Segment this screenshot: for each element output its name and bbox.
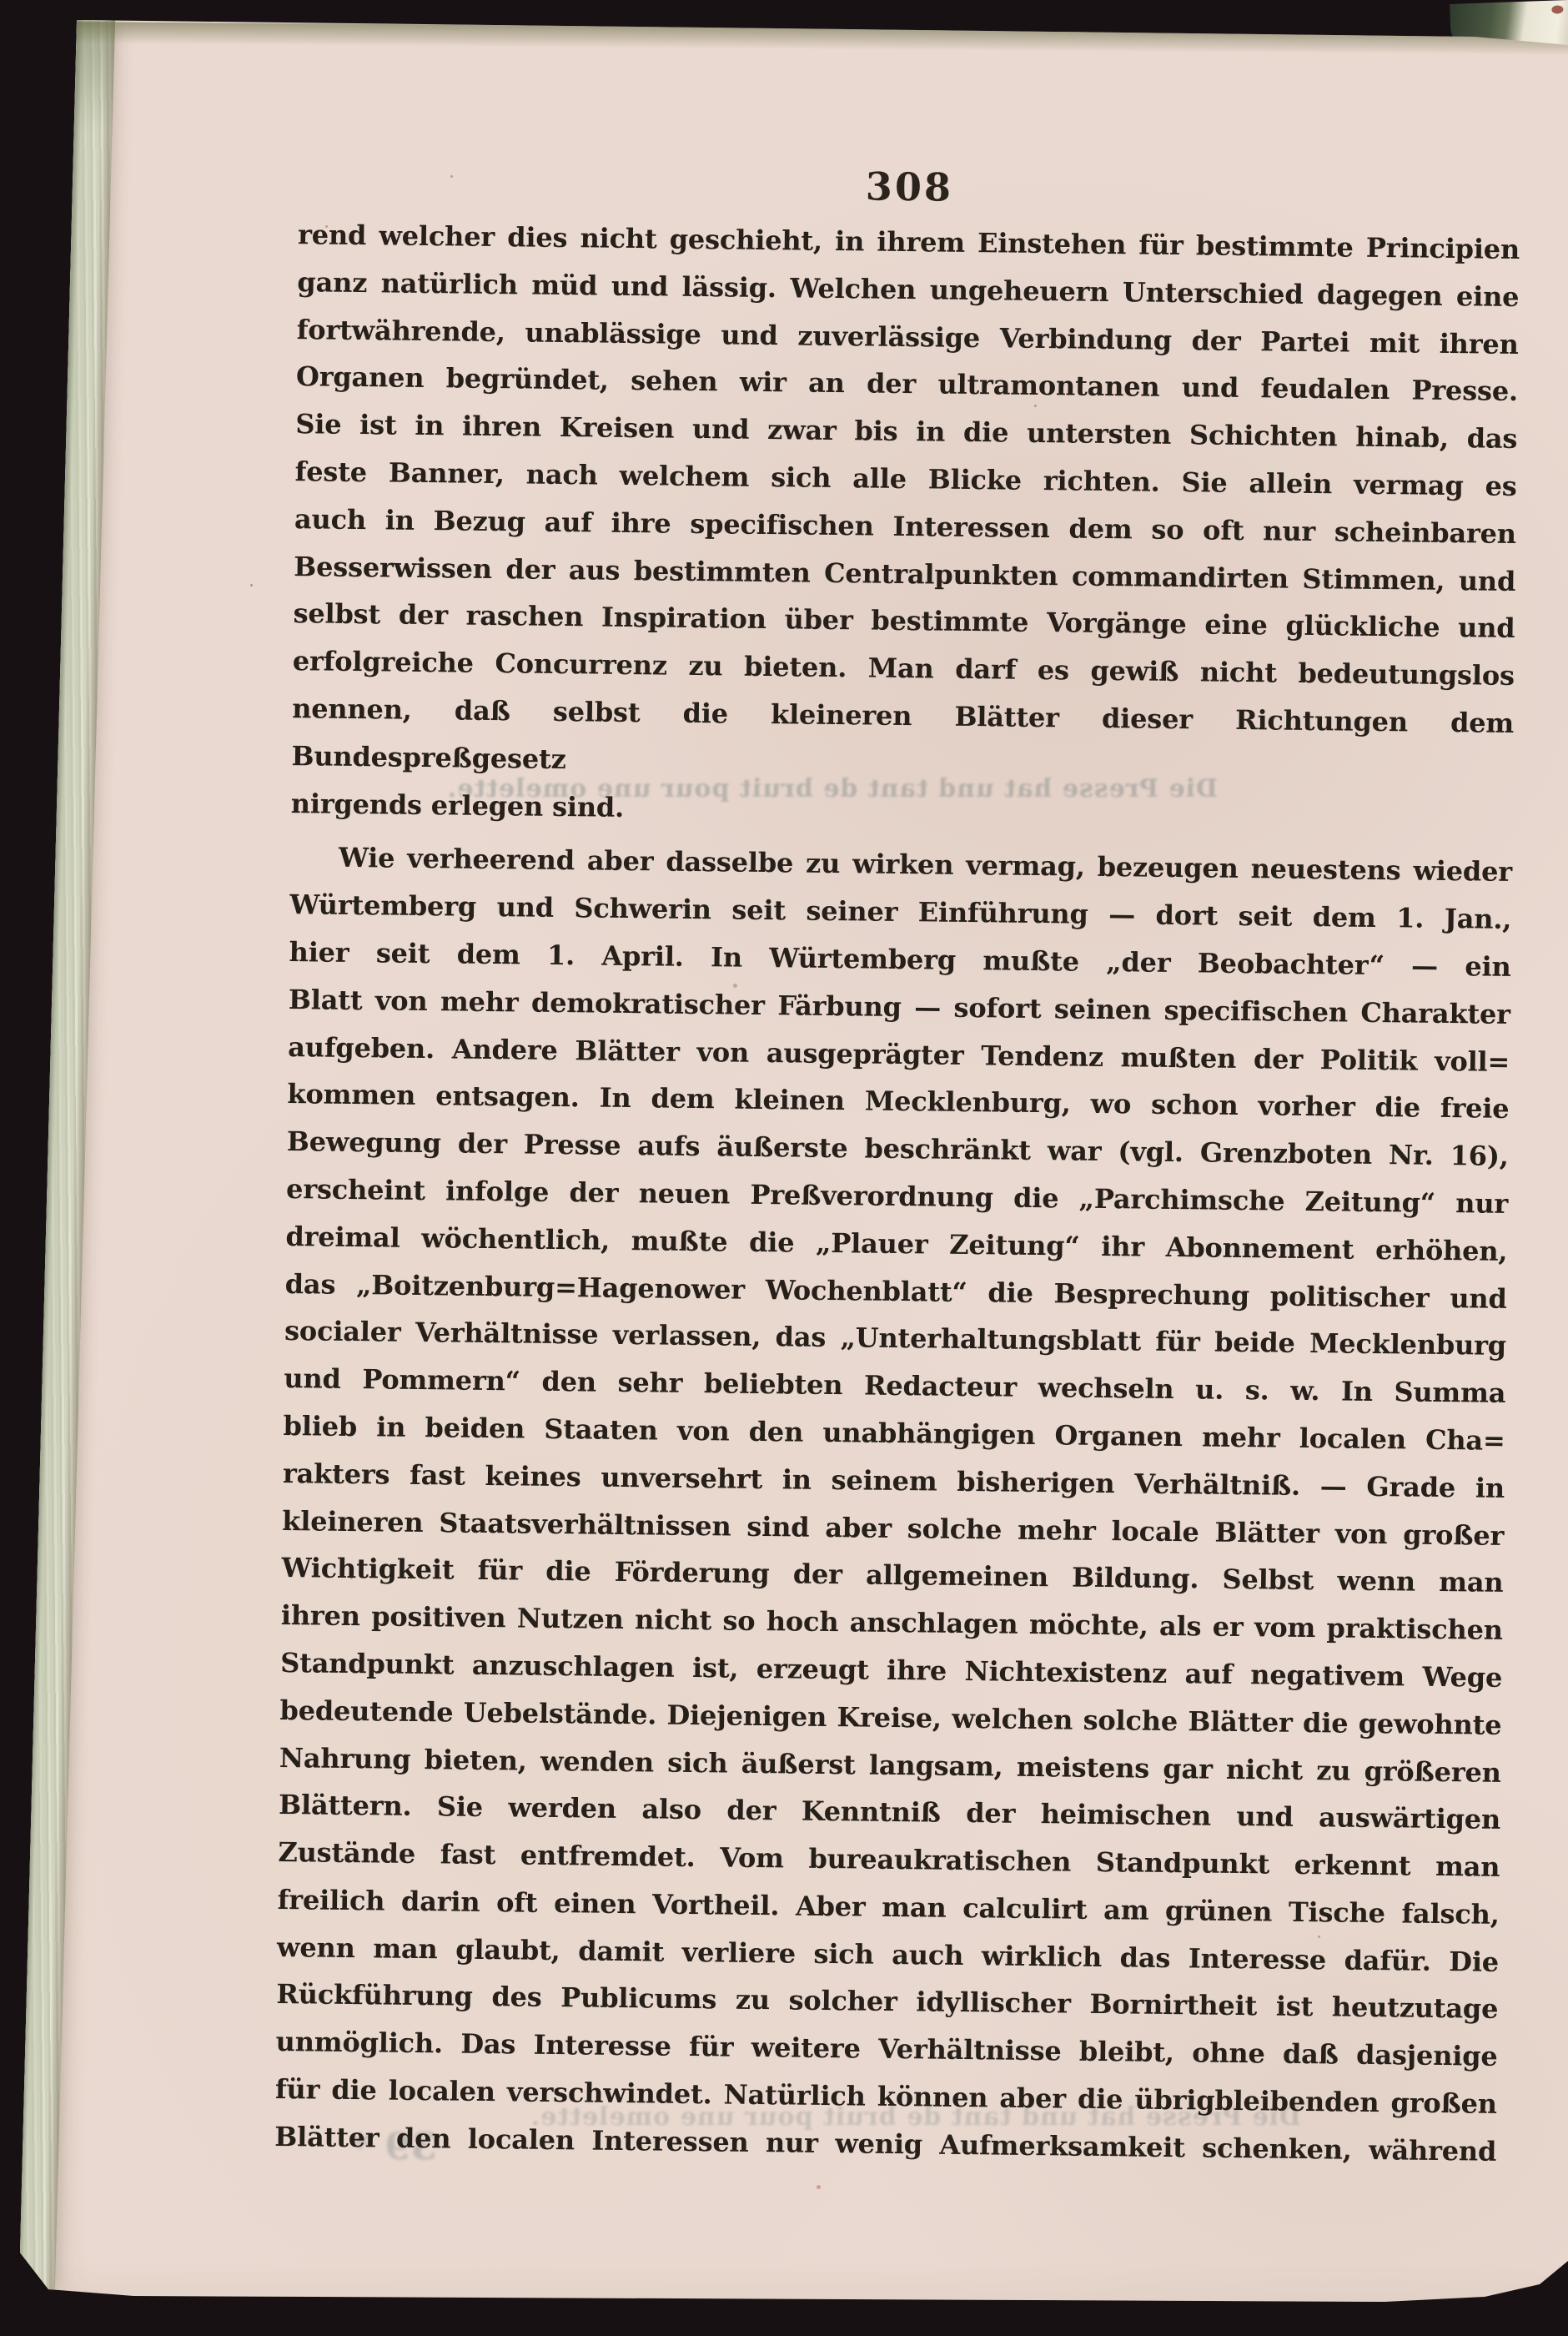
paper-fibre-specks — [250, 584, 253, 587]
adjacent-book-red-edge — [1551, 5, 1563, 13]
text-line: nennen, daß selbst die kleineren Blätter… — [291, 685, 1514, 794]
paragraph: rend welcher dies nicht geschieht, in ih… — [290, 211, 1520, 842]
paragraph: Wie verheerend aber dasselbe zu wirken v… — [274, 833, 1512, 2175]
page-number: 308 — [299, 159, 1520, 214]
page-fore-edge — [17, 15, 115, 2294]
page-top-edge-shadow — [67, 22, 1568, 55]
scan-background: Die Presse hat und tant de bruit pour un… — [0, 0, 1568, 2336]
page-content: 308 rend welcher dies nicht geschieht, i… — [274, 159, 1520, 2175]
body-text: rend welcher dies nicht geschieht, in ih… — [274, 211, 1520, 2175]
book-page: Die Presse hat und tant de bruit pour un… — [0, 0, 1568, 2336]
